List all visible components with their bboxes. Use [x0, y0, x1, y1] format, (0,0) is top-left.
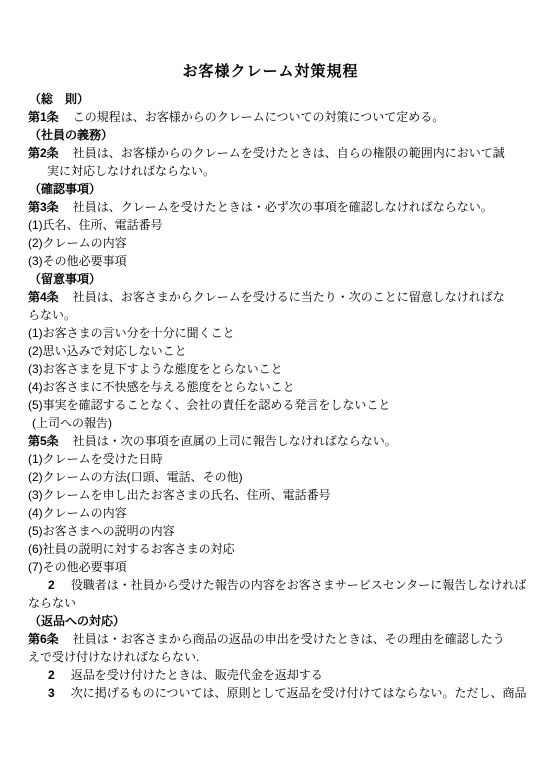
numbered-paragraph: 2返品を受け付けたときは、販売代金を返却する: [28, 666, 533, 684]
article-number: 第4条: [28, 290, 59, 304]
section-heading: （確認事項）: [28, 180, 533, 198]
article-text: この規程は、お客様からのクレームについての対策について定める。: [73, 110, 445, 124]
list-item: (1)氏名、住所、電話番号: [28, 216, 533, 234]
document-title: お客様クレーム対策規程: [0, 60, 541, 81]
section-heading: （留意事項）: [28, 270, 533, 288]
article-line: 第3条社員は、クレームを受けたときは・必ず次の事項を確認しなければならない。: [28, 198, 533, 216]
article-line: 第2条社員は、お客様からのクレームを受けたときは、自らの権限の範囲内において誠: [28, 144, 533, 162]
paragraph-text: 役職者は・社員から受けた報告の内容をお客さまサービスセンターに報告しなければ: [71, 578, 527, 592]
section-heading: （総 則）: [28, 90, 533, 108]
article-line: 第5条社員は・次の事項を直属の上司に報告しなければならない。: [28, 432, 533, 450]
paragraph-text: 次に掲げるものについては、原則として返品を受け付けてはならない。ただし、商品: [71, 686, 527, 700]
paragraph-number: 2: [48, 668, 55, 682]
article-number: 第6条: [28, 632, 59, 646]
continuation-line: えで受け付けなければならない.: [28, 648, 533, 666]
article-line: 第4条社員は、お客さまからクレームを受けるに当たり・次のことに留意しなければな: [28, 288, 533, 306]
list-item: (4)クレームの内容: [28, 504, 533, 522]
document-body: （総 則）第1条この規程は、お客様からのクレームについての対策について定める。（…: [28, 90, 533, 702]
article-number: 第5条: [28, 434, 59, 448]
section-heading: (上司への報告): [28, 414, 533, 432]
article-text: 社員は・次の事項を直属の上司に報告しなければならない。: [73, 434, 397, 448]
document-page: お客様クレーム対策規程 （総 則）第1条この規程は、お客様からのクレームについて…: [0, 0, 541, 758]
list-item: (5)お客さまへの説明の内容: [28, 522, 533, 540]
paragraph-number: 2: [48, 578, 55, 592]
list-item: (3)クレームを申し出たお客さまの氏名、住所、電話番号: [28, 486, 533, 504]
section-heading: （返品への対応）: [28, 612, 533, 630]
numbered-paragraph: 2役職者は・社員から受けた報告の内容をお客さまサービスセンターに報告しなければ: [28, 576, 533, 594]
article-line: 第6条社員は・お客さまから商品の返品の申出を受けたときは、その理由を確認したう: [28, 630, 533, 648]
article-text: 社員は、お客様からのクレームを受けたときは、自らの権限の範囲内において誠: [73, 146, 505, 160]
list-item: (6)社員の説明に対するお客さまの対応: [28, 540, 533, 558]
section-heading: （社員の義務）: [28, 126, 533, 144]
list-item: (1)お客さまの言い分を十分に聞くこと: [28, 324, 533, 342]
list-item: (7)その他必要事項: [28, 558, 533, 576]
article-text: 社員は、お客さまからクレームを受けるに当たり・次のことに留意しなければな: [73, 290, 505, 304]
article-number: 第2条: [28, 146, 59, 160]
continuation-line: ならない: [28, 594, 533, 612]
list-item: (3)お客さまを見下すような態度をとらないこと: [28, 360, 533, 378]
list-item: (3)その他必要事項: [28, 252, 533, 270]
list-item: (1)クレームを受けた日時: [28, 450, 533, 468]
list-item: (2)思い込みで対応しないこと: [28, 342, 533, 360]
article-number: 第1条: [28, 110, 59, 124]
numbered-paragraph: 3次に掲げるものについては、原則として返品を受け付けてはならない。ただし、商品: [28, 684, 533, 702]
list-item: (2)クレームの内容: [28, 234, 533, 252]
continuation-line: らない。: [28, 306, 533, 324]
paragraph-text: 返品を受け付けたときは、販売代金を返却する: [71, 668, 323, 682]
article-number: 第3条: [28, 200, 59, 214]
list-item: (4)お客さまに不快感を与える態度をとらないこと: [28, 378, 533, 396]
article-line: 第1条この規程は、お客様からのクレームについての対策について定める。: [28, 108, 533, 126]
list-item: (2)クレームの方法(口頭、電話、その他): [28, 468, 533, 486]
article-text: 社員は、クレームを受けたときは・必ず次の事項を確認しなければならない。: [73, 200, 493, 214]
continuation-line: 実に対応しなければならない。: [28, 162, 533, 180]
paragraph-number: 3: [48, 686, 55, 700]
list-item: (5)事実を確認することなく、会社の責任を認める発言をしないこと: [28, 396, 533, 414]
article-text: 社員は・お客さまから商品の返品の申出を受けたときは、その理由を確認したう: [73, 632, 505, 646]
